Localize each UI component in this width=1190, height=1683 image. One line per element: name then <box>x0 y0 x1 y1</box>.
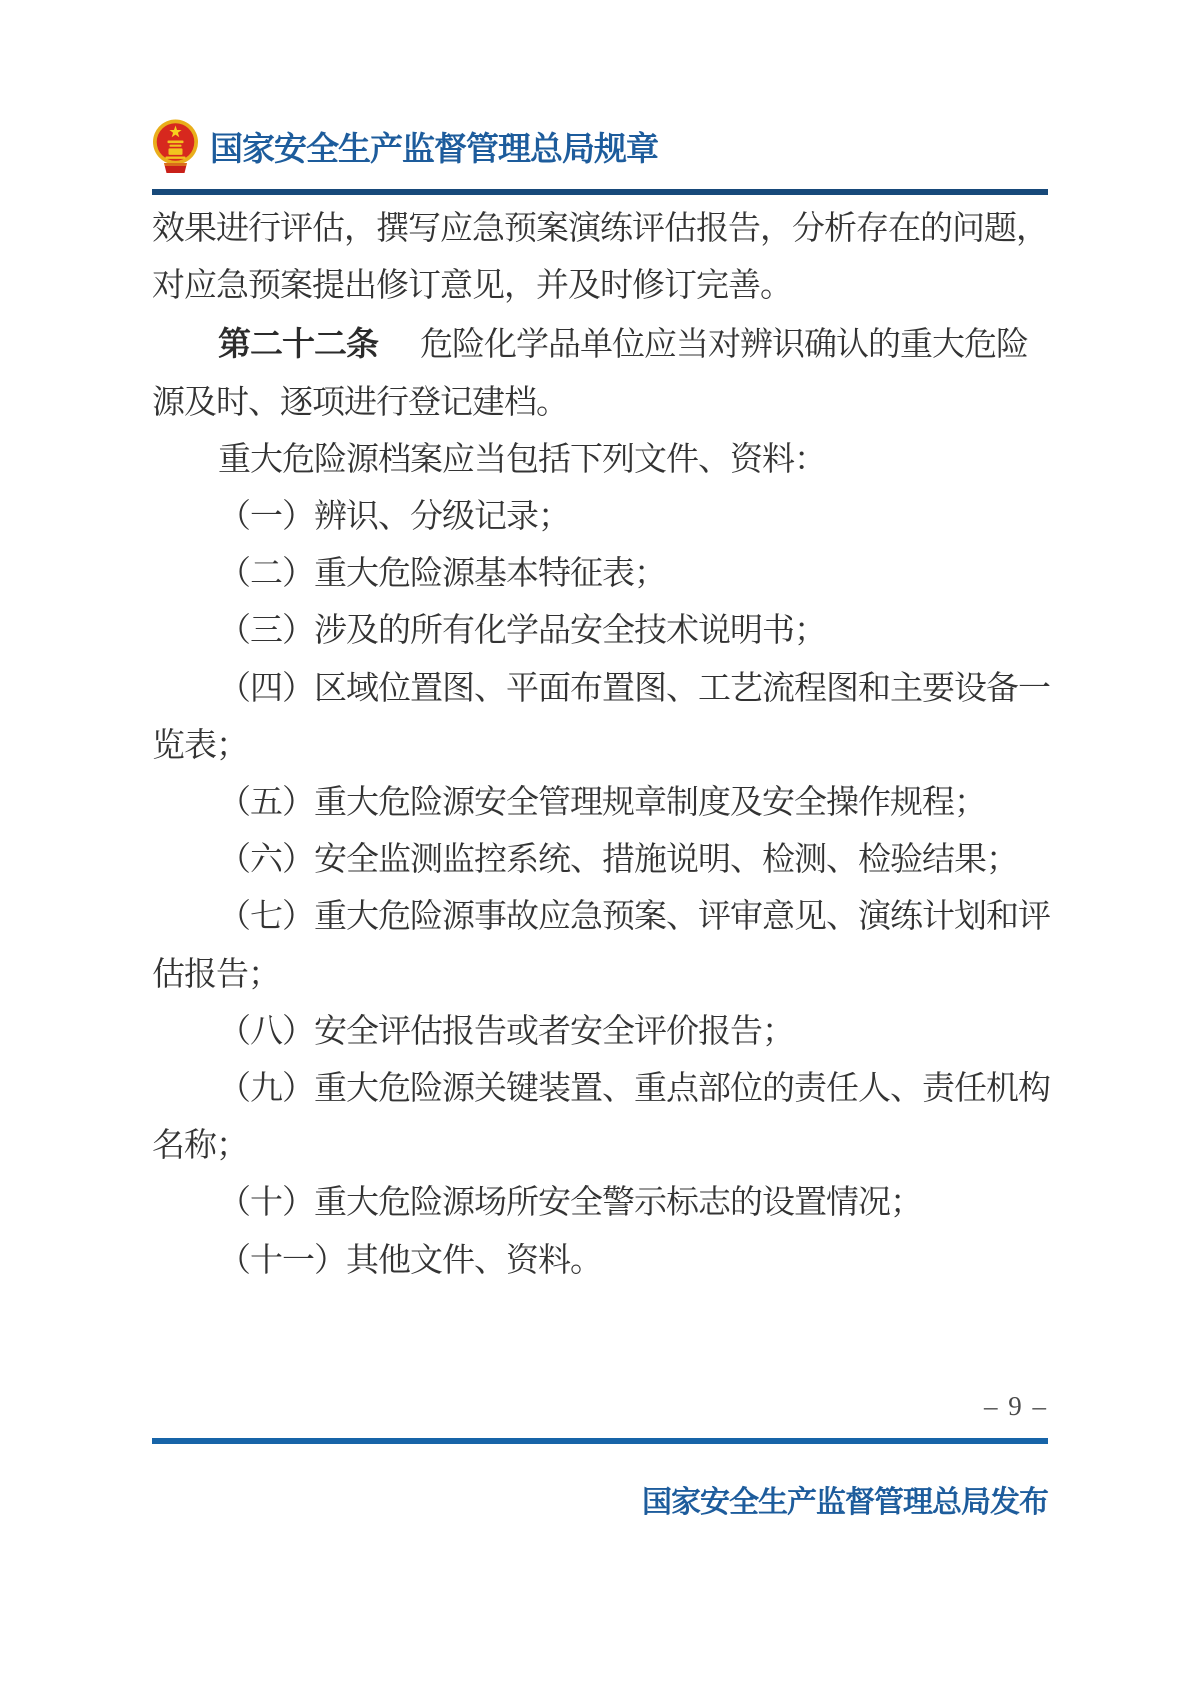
body-text-line: （二）重大危险源基本特征表； <box>152 546 1048 603</box>
body-text-line: 源及时、逐项进行登记建档。 <box>152 375 1048 432</box>
national-emblem-icon <box>152 117 199 177</box>
body-text-line: （三）涉及的所有化学品安全技术说明书； <box>152 603 1048 660</box>
body-text-span: 对应急预案提出修订意见，并及时修订完善。 <box>152 268 792 304</box>
body-text-line: （九）重大危险源关键装置、重点部位的责任人、责任机构 <box>152 1061 1048 1118</box>
body-text-line: （六）安全监测监控系统、措施说明、检测、检验结果； <box>152 832 1048 889</box>
body-text-span: （一）辨识、分级记录； <box>218 499 570 535</box>
footer-rule <box>152 1438 1048 1444</box>
document-page: 国家安全生产监督管理总局规章 效果进行评估，撰写应急预案演练评估报告，分析存在的… <box>0 0 1190 1683</box>
header-rule <box>152 189 1048 195</box>
body-text-line: （四）区域位置图、平面布置图、工艺流程图和主要设备一 <box>152 661 1048 718</box>
page-title: 国家安全生产监督管理总局规章 <box>210 123 658 170</box>
page-number: – 9 – <box>152 1390 1048 1422</box>
body-text-span: （六）安全监测监控系统、措施说明、检测、检验结果； <box>218 842 1018 878</box>
body-text-span: 名称； <box>152 1128 248 1164</box>
body-text-span: （三）涉及的所有化学品安全技术说明书； <box>218 613 826 649</box>
body-text-span: （九）重大危险源关键装置、重点部位的责任人、责任机构 <box>218 1071 1050 1107</box>
body-text-line: 效果进行评估，撰写应急预案演练评估报告，分析存在的问题， <box>152 201 1048 258</box>
body-text-span: 估报告； <box>152 957 280 993</box>
body-text-span: （五）重大危险源安全管理规章制度及安全操作规程； <box>218 785 986 821</box>
body-text: 效果进行评估，撰写应急预案演练评估报告，分析存在的问题，对应急预案提出修订意见，… <box>152 201 1048 1290</box>
publisher-name: 国家安全生产监督管理总局发布 <box>152 1477 1048 1521</box>
page-content: 国家安全生产监督管理总局规章 效果进行评估，撰写应急预案演练评估报告，分析存在的… <box>0 0 1190 1521</box>
body-text-line: （八）安全评估报告或者安全评价报告； <box>152 1004 1048 1061</box>
body-text-span: （二）重大危险源基本特征表； <box>218 556 666 592</box>
body-text-span: （十）重大危险源场所安全警示标志的设置情况； <box>218 1185 922 1221</box>
body-text-line: （五）重大危险源安全管理规章制度及安全操作规程； <box>152 775 1048 832</box>
body-text-line: （一）辨识、分级记录； <box>152 489 1048 546</box>
body-text-line: 估报告； <box>152 947 1048 1004</box>
body-text-line: 名称； <box>152 1118 1048 1175</box>
body-text-line: 第二十二条危险化学品单位应当对辨识确认的重大危险 <box>152 315 1048 374</box>
body-text-span: 危险化学品单位应当对辨识确认的重大危险 <box>420 327 1028 363</box>
body-text-span: （七）重大危险源事故应急预案、评审意见、演练计划和评 <box>218 899 1050 935</box>
body-text-line: 重大危险源档案应当包括下列文件、资料： <box>152 432 1048 489</box>
body-text-line: （七）重大危险源事故应急预案、评审意见、演练计划和评 <box>152 889 1048 946</box>
body-text-line: （十）重大危险源场所安全警示标志的设置情况； <box>152 1175 1048 1232</box>
article-number: 第二十二条 <box>218 325 378 362</box>
body-text-span: 效果进行评估，撰写应急预案演练评估报告，分析存在的问题， <box>152 211 1048 247</box>
body-text-span: 源及时、逐项进行登记建档。 <box>152 385 568 421</box>
body-text-span: 重大危险源档案应当包括下列文件、资料： <box>218 442 826 478</box>
body-text-span: （十一）其他文件、资料。 <box>218 1243 602 1279</box>
body-text-line: 对应急预案提出修订意见，并及时修订完善。 <box>152 258 1048 315</box>
page-header: 国家安全生产监督管理总局规章 <box>152 0 1048 180</box>
body-text-span: （八）安全评估报告或者安全评价报告； <box>218 1014 794 1050</box>
body-text-line: （十一）其他文件、资料。 <box>152 1233 1048 1290</box>
body-text-span: 览表； <box>152 728 248 764</box>
body-text-line: 览表； <box>152 718 1048 775</box>
body-text-span: （四）区域位置图、平面布置图、工艺流程图和主要设备一 <box>218 671 1050 707</box>
